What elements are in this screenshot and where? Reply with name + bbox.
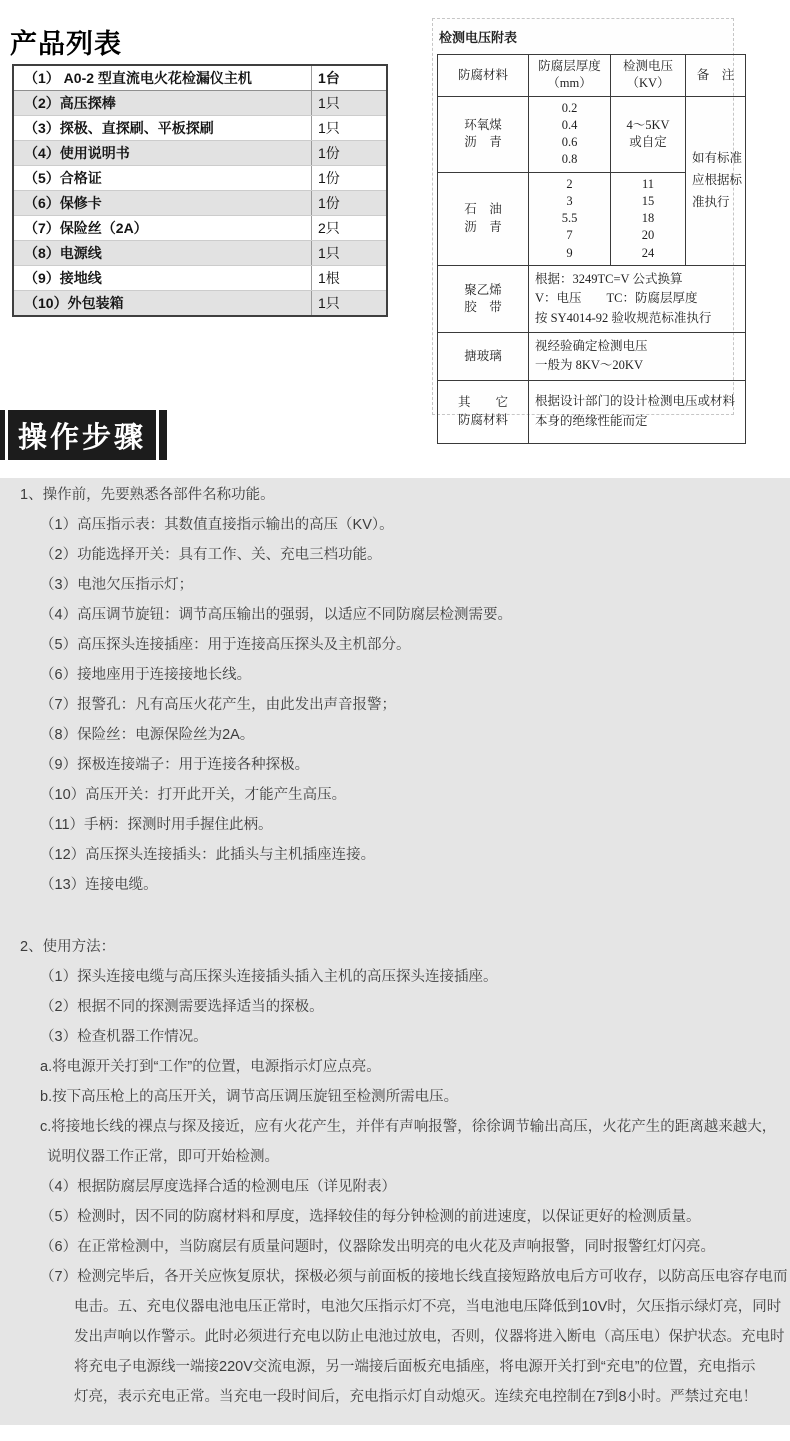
step-line: 2、使用方法： [0,932,790,962]
product-list-body: （1） A0-2 型直流电火花检漏仪主机 1台 （2）高压探棒 1只 （3）探极… [13,65,387,316]
note-cell: 根据设计部门的设计检测电压或材料 本身的绝缘性能而定 [529,380,746,443]
material-cell: 聚乙烯 胶 带 [438,265,529,332]
step-line: （1）探头连接电缆与高压探头连接插头插入主机的高压探头连接插座。 [0,962,790,992]
banner-right-bar [159,410,167,460]
step-line: （2）根据不同的探测需要选择适当的探极。 [0,992,790,1022]
product-qty: 1只 [312,91,388,116]
voltage-row-enamel-glass: 搪玻璃 视经验确定检测电压 一般为 8KV～20KV [438,332,746,380]
product-name: （3）探极、直探刷、平板探刷 [13,116,312,141]
product-qty: 1份 [312,141,388,166]
product-row: （10）外包装箱 1只 [13,291,387,317]
product-name: （6）保修卡 [13,191,312,216]
product-row: （6）保修卡 1份 [13,191,387,216]
product-row: （7）保险丝（2A） 2只 [13,216,387,241]
note-cell: 根据：3249TC=V 公式换算 V：电压 TC：防腐层厚度 按 SY4014-… [529,265,746,332]
product-qty: 1只 [312,116,388,141]
steps-content: 1、操作前，先要熟悉各部件名称功能。（1）高压指示表：其数值直接指示输出的高压（… [0,478,790,1425]
step-line: 1、操作前，先要熟悉各部件名称功能。 [0,480,790,510]
product-row: （8）电源线 1只 [13,241,387,266]
steps-banner-title: 操作步骤 [18,415,146,456]
step-line: （3）检查机器工作情况。 [0,1022,790,1052]
product-name: （4）使用说明书 [13,141,312,166]
voltage-table-title: 检测电压附表 [439,27,730,46]
step-line: （3）电池欠压指示灯； [0,570,790,600]
voltage-cell: 11 15 18 20 24 [611,172,686,265]
step-line: （5）检测时，因不同的防腐材料和厚度，选择较佳的每分钟检测的前进速度，以保证更好… [0,1202,790,1232]
product-qty: 1份 [312,191,388,216]
step-line: （11）手柄：探测时用手握住此柄。 [0,810,790,840]
product-name: （10）外包装箱 [13,291,312,317]
page: { "colors": { "banner_bg": "#1c1c1c", "c… [0,0,790,1441]
step-line: （8）保险丝：电源保险丝为2A。 [0,720,790,750]
step-line: （1）高压指示表：其数值直接指示输出的高压（KV）。 [0,510,790,540]
header-voltage: 检测电压 （KV） [611,55,686,97]
step-line: （7）报警孔：凡有高压火花产生，由此发出声音报警； [0,690,790,720]
product-row: （2）高压探棒 1只 [13,91,387,116]
voltage-row-other: 其 它 防腐材料 根据设计部门的设计检测电压或材料 本身的绝缘性能而定 [438,380,746,443]
material-cell: 搪玻璃 [438,332,529,380]
step-line: 发出声响以作警示。此时必须进行充电以防止电池过放电，否则，仪器将进入断电（高压电… [0,1322,790,1352]
step-line: b.按下高压枪上的高压开关，调节高压调压旋钮至检测所需电压。 [0,1082,790,1112]
steps-banner: 操作步骤 [0,410,167,460]
step-line: （9）探极连接端子：用于连接各种探极。 [0,750,790,780]
step-line: （6）接地座用于连接接地长线。 [0,660,790,690]
step-line: （13）连接电缆。 [0,870,790,900]
header-material: 防腐材料 [438,55,529,97]
product-row: （3）探极、直探刷、平板探刷 1只 [13,116,387,141]
product-name: （7）保险丝（2A） [13,216,312,241]
thickness-cell: 2 3 5.5 7 9 [529,172,611,265]
header-remark: 备 注 [686,55,746,97]
product-qty: 2只 [312,216,388,241]
header-thickness: 防腐层厚度 （mm） [529,55,611,97]
step-line: （4）高压调节旋钮：调节高压输出的强弱，以适应不同防腐层检测需要。 [0,600,790,630]
product-name: （2）高压探棒 [13,91,312,116]
banner-box: 操作步骤 [8,410,156,460]
step-line: 电击。五、充电仪器电池电压正常时，电池欠压指示灯不亮，当电池电压降低到10V时，… [0,1292,790,1322]
voltage-table: 防腐材料 防腐层厚度 （mm） 检测电压 （KV） 备 注 环氧煤 沥 青 0.… [437,54,746,444]
product-name: （5）合格证 [13,166,312,191]
material-cell: 其 它 防腐材料 [438,380,529,443]
step-line: （12）高压探头连接插头：此插头与主机插座连接。 [0,840,790,870]
material-cell: 石 油 沥 青 [438,172,529,265]
product-row: （5）合格证 1份 [13,166,387,191]
product-row: （1） A0-2 型直流电火花检漏仪主机 1台 [13,65,387,91]
product-row: （4）使用说明书 1份 [13,141,387,166]
remark-cell: 如有标准应根据标准执行 [686,96,746,265]
step-line: （2）功能选择开关：具有工作、关、充电三档功能。 [0,540,790,570]
step-line: （7）检测完毕后，各开关应恢复原状，探极必须与前面板的接地长线直接短路放电后方可… [0,1262,790,1292]
note-cell: 视经验确定检测电压 一般为 8KV～20KV [529,332,746,380]
product-list-table: （1） A0-2 型直流电火花检漏仪主机 1台 （2）高压探棒 1只 （3）探极… [12,64,388,317]
step-line: c.将接地长线的裸点与探及接近，应有火花产生，并伴有声响报警，徐徐调节输出高压，… [0,1112,790,1142]
product-list-title: 产品列表 [10,22,122,61]
voltage-row-epoxy: 环氧煤 沥 青 0.2 0.4 0.6 0.8 4～5KV 或自定 如有标准应根… [438,96,746,172]
step-line: a.将电源开关打到“工作”的位置，电源指示灯应点亮。 [0,1052,790,1082]
step-line: （4）根据防腐层厚度选择合适的检测电压（详见附表） [0,1172,790,1202]
voltage-appendix-panel: 检测电压附表 防腐材料 防腐层厚度 （mm） 检测电压 （KV） 备 注 环氧煤… [432,18,734,415]
voltage-row-polyethylene: 聚乙烯 胶 带 根据：3249TC=V 公式换算 V：电压 TC：防腐层厚度 按… [438,265,746,332]
thickness-cell: 0.2 0.4 0.6 0.8 [529,96,611,172]
material-cell: 环氧煤 沥 青 [438,96,529,172]
product-qty: 1根 [312,266,388,291]
step-line: 将充电子电源线一端接220V交流电源，另一端接后面板充电插座，将电源开关打到“充… [0,1352,790,1382]
product-qty: 1份 [312,166,388,191]
step-line: 说明仪器工作正常，即可开始检测。 [0,1142,790,1172]
product-qty: 1只 [312,291,388,317]
banner-left-bar [0,410,5,460]
step-line: （5）高压探头连接插座：用于连接高压探头及主机部分。 [0,630,790,660]
product-name: （1） A0-2 型直流电火花检漏仪主机 [13,65,312,91]
product-qty: 1台 [312,65,388,91]
product-name: （9）接地线 [13,266,312,291]
step-line: （6）在正常检测中，当防腐层有质量问题时，仪器除发出明亮的电火花及声响报警，同时… [0,1232,790,1262]
product-qty: 1只 [312,241,388,266]
product-row: （9）接地线 1根 [13,266,387,291]
product-name: （8）电源线 [13,241,312,266]
voltage-cell: 4～5KV 或自定 [611,96,686,172]
step-line: （10）高压开关：打开此开关，才能产生高压。 [0,780,790,810]
step-line: 灯亮，表示充电正常。当充电一段时间后，充电指示灯自动熄灭。连续充电控制在7到8小… [0,1382,790,1412]
voltage-header-row: 防腐材料 防腐层厚度 （mm） 检测电压 （KV） 备 注 [438,55,746,97]
